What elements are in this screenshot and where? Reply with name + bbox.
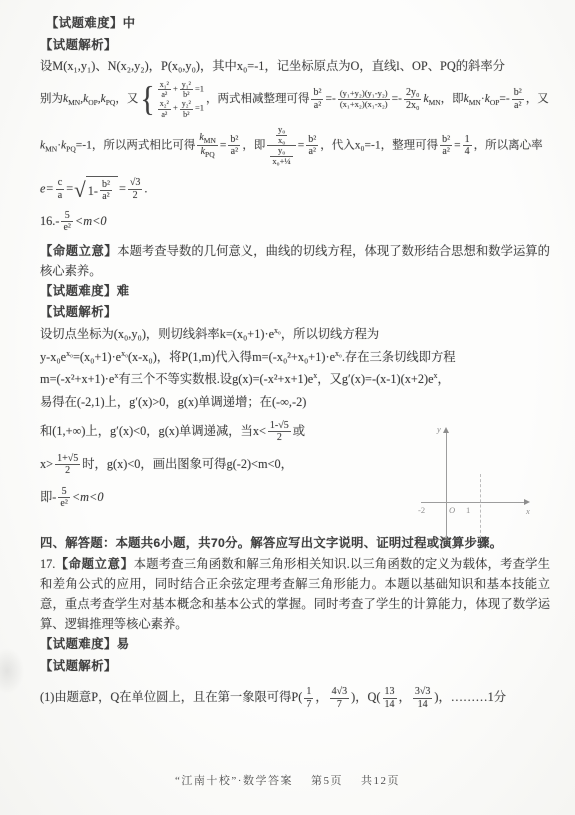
denominator: y₀x₀+¼ (267, 146, 295, 167)
difficulty-tag-q16: 【试题难度】中 (46, 14, 550, 34)
system-row-2: x₂²a²+y₂²b²=1 (156, 99, 204, 118)
intent-paragraph-q16: 【命题立意】本题考查导数的几何意义，曲线的切线方程，体现了数形结合思想和数学运算… (40, 242, 550, 282)
sub-mn: MN (45, 144, 57, 153)
fraction: 5e² (58, 486, 69, 510)
numerator: 1 (304, 686, 313, 699)
numerator: c (56, 177, 64, 190)
sub-pq: PQ (66, 144, 76, 153)
fraction: 3√314 (413, 686, 433, 710)
numerator: 13 (383, 686, 397, 699)
brace-icon: { (140, 84, 154, 115)
numerator: 3√3 (413, 686, 433, 699)
line-part1-solution: (1)由题意P，Q在单位圆上，且在第一象限可得P(17，4√37)，Q(1314… (40, 686, 550, 710)
text: = (298, 139, 305, 151)
text: = (119, 181, 126, 195)
text: 即- (40, 490, 56, 504)
numerator: x₁² (158, 80, 171, 90)
fraction: √32 (128, 177, 143, 201)
numerator: x₂² (158, 99, 171, 109)
denominator: a² (440, 146, 452, 158)
sub-op: OP (88, 98, 98, 107)
numerator: kMN (197, 132, 218, 147)
x-axis-arrow-icon (524, 499, 530, 505)
analysis-tag-q16: 【试题解析】 (40, 36, 550, 56)
fraction: x₁²a² (158, 80, 171, 99)
intent-text: 本题考查导数的几何意义，曲线的切线方程，体现了数形结合思想和数学运算的核心素养。 (40, 244, 550, 278)
text: )，………1分 (434, 690, 506, 704)
text: ，两式相减整理可得 (206, 93, 310, 105)
numerator: y₀ (276, 125, 287, 136)
numerator: √3 (128, 177, 143, 190)
fraction: 1314 (383, 686, 397, 710)
sub-pq: PQ (205, 150, 215, 159)
denominator: 2 (268, 432, 291, 444)
line-tangent-setup: 设切点坐标为(x₀,y₀)，则切线斜率k=(x₀+1)·ex₀，所以切线方程为 (40, 325, 550, 345)
text: 有三个不等实数根.设g(x)=(-x²+x+1)e (118, 372, 313, 386)
numerator: 4√3 (330, 686, 350, 699)
fraction: kMNkPQ (197, 132, 218, 160)
numerator: y₁² (180, 80, 193, 90)
text: = (454, 139, 461, 151)
coordinate-axes-sketch: -2 O 1 x y (412, 424, 544, 558)
question-number: 17. (40, 557, 55, 571)
line-tangent-equation: y-x₀ex₀=(x₀+1)·ex₀(x-x₀)，将P(1,m)代入得m=(-x… (40, 348, 550, 368)
text: ，所以切线方程为 (281, 327, 379, 341)
square-root: √1-b²a² (74, 176, 118, 203)
denominator: kPQ (197, 146, 218, 160)
sub-mn: MN (469, 98, 481, 107)
text: + (173, 103, 178, 113)
numerator: b² (100, 179, 112, 192)
text: e= (40, 181, 54, 195)
y-axis-arrow-icon (443, 427, 449, 433)
text: ，代入x₀=-1，整理可得 (320, 139, 438, 151)
numerator: y₀x₀ (267, 125, 295, 147)
footer-page-number: 第5页 (311, 775, 343, 787)
fraction: 1-√52 (268, 420, 291, 444)
denominator: a² (311, 100, 323, 112)
sub-pq: PQ (106, 98, 116, 107)
text: =1 (195, 84, 204, 94)
denominator: 2 (55, 465, 80, 477)
text: = (220, 139, 227, 151)
text: 1- (88, 184, 98, 198)
line-monotonic-1: 易得在(-2,1)上，g′(x)>0，g(x)单调递增；在(-∞,-2) (40, 393, 550, 413)
fraction: ca (56, 177, 64, 201)
x-tick-label-1: 1 (466, 506, 470, 515)
text: =-1，所以两式相比可得 (76, 139, 196, 151)
fraction: 1+√52 (55, 453, 80, 477)
text: (1)由题意P，Q在单位圆上，且在第一象限可得P( (40, 690, 302, 704)
analysis-tag-q17: 【试题解析】 (40, 657, 550, 677)
footer-title: “江南十校”·数学答案 (175, 775, 293, 787)
line-slope-system: 别为kMN,kOP,kPQ，又{x₁²a²+y₁²b²=1x₂²a²+y₂²b²… (40, 80, 550, 119)
denominator: 4 (463, 146, 472, 158)
denominator: a² (306, 146, 318, 158)
text: ，即 (441, 93, 464, 105)
text: . (144, 181, 147, 195)
text: (x-x₀)，将P(1,m)代入得m=(-x₀²+x₀+1)·e (128, 350, 335, 364)
line-slope-ratio: kMN·kPQ=-1，所以两式相比可得kMNkPQ=b²a²，即y₀x₀y₀x₀… (40, 125, 550, 167)
numerator: 1 (463, 134, 472, 147)
numerator: 1-√5 (268, 420, 291, 433)
fraction: y₀x₀ (276, 125, 287, 146)
denominator: a² (158, 110, 171, 119)
numerator: b² (440, 134, 452, 147)
text: 时，g(x)<0，画出图象可得g(-2)<m<0， (82, 457, 293, 471)
analysis-tag-q16b: 【试题解析】 (40, 303, 550, 323)
denominator: x₀ (276, 136, 287, 146)
scan-smudge (0, 648, 24, 694)
text: <m<0 (72, 490, 104, 504)
denominator: a² (158, 90, 171, 99)
fraction: 2y₀2x₀ (404, 87, 422, 111)
text: <m<0 (75, 214, 107, 228)
fraction: 5e² (61, 210, 72, 234)
radical-icon: √ (74, 180, 86, 201)
fraction: b²a² (440, 134, 452, 158)
text: =- (325, 93, 335, 105)
text: =1 (195, 103, 204, 113)
fraction: b²a² (306, 134, 318, 158)
numerator: 1+√5 (55, 453, 80, 466)
denominator: b² (180, 110, 193, 119)
denominator: e² (61, 222, 72, 234)
denominator: 7 (304, 699, 313, 711)
line-eccentricity: e=ca=√1-b²a²=√32. (40, 176, 550, 203)
dashed-guide-line (480, 474, 481, 538)
line-point-setup: 设M(x₁,y₁)、N(x₂,y₂)，P(x₀,y₀)，其中x₀=-1，记坐标原… (40, 57, 550, 77)
denominator: b² (180, 90, 193, 99)
denominator: 14 (413, 699, 433, 711)
x-axis-label: x (526, 507, 530, 516)
page-footer: “江南十校”·数学答案第5页共12页 (0, 772, 575, 788)
fraction: 4√37 (330, 686, 350, 710)
text: ， (438, 372, 450, 386)
denominator: a² (512, 100, 524, 112)
numerator: b² (512, 87, 524, 100)
text: =- (499, 93, 509, 105)
denominator: 7 (330, 699, 350, 711)
difficulty-tag-q16b: 【试题难度】难 (40, 282, 550, 302)
line-answer-16: 16.-5e²<m<0 (40, 210, 550, 234)
intent-paragraph-q17: 17.【命题立意】本题考查三角函数和解三角形相关知识.以三角函数的定义为载体，考… (40, 555, 550, 635)
sub-mn: MN (68, 98, 80, 107)
intent-tag: 【命题立意】 (40, 244, 117, 258)
sup-x0: x₀ (274, 326, 281, 335)
fraction: y₂²b² (180, 99, 193, 118)
text: 别为 (40, 93, 63, 105)
text: y-x₀e (40, 350, 66, 364)
x-tick-label-neg2: -2 (418, 506, 425, 515)
text: ，所以离心率 (474, 139, 543, 151)
text: ， (315, 690, 327, 704)
text: m=(-x²+x+1)·e (40, 372, 114, 386)
text: x> (40, 457, 53, 471)
numerator: 5 (58, 486, 69, 499)
numerator: 5 (61, 210, 72, 223)
sub-mn: MN (204, 136, 216, 145)
denominator: (x₁+x₂)(x₁-x₂) (338, 100, 390, 110)
numerator: b² (311, 87, 323, 100)
numerator: y₂² (180, 99, 193, 109)
complex-fraction: y₀x₀y₀x₀+¼ (267, 125, 295, 167)
fraction: 17 (304, 686, 313, 710)
scanned-exam-answer-page: 【试题难度】中 【试题解析】 设M(x₁,y₁)、N(x₂,y₂)，P(x₀,y… (0, 0, 575, 815)
y-axis-label: y (437, 425, 441, 434)
denominator: a (56, 190, 64, 202)
denominator: a² (100, 191, 112, 203)
intent-tag: 【命题立意】 (55, 557, 133, 571)
text: = (66, 181, 73, 195)
text: 设切点坐标为(x₀,y₀)，则切线斜率k=(x₀+1)·e (40, 327, 274, 341)
sup-x0: x₀ (66, 349, 73, 358)
denominator: e² (58, 498, 69, 510)
numerator: 2y₀ (404, 87, 422, 100)
sub-mn: MN (429, 98, 441, 107)
denominator: a² (228, 146, 240, 158)
denominator: 2x₀ (404, 100, 422, 112)
sub-op: OP (490, 98, 500, 107)
line-g-function: m=(-x²+x+1)·ex有三个不等实数根.设g(x)=(-x²+x+1)ex… (40, 370, 550, 390)
sup-x0: x₀ (121, 349, 128, 358)
fraction: b²a² (100, 179, 112, 203)
denominator: 14 (383, 699, 397, 711)
text: =(x₀+1)·e (73, 350, 121, 364)
text: ，又 (526, 93, 549, 105)
equation-system: {x₁²a²+y₁²b²=1x₂²a²+y₂²b²=1 (140, 80, 204, 119)
fraction: b²a² (228, 134, 240, 158)
text: )，Q( (351, 690, 380, 704)
text: 16.- (40, 214, 59, 228)
origin-label: O (449, 506, 455, 515)
numerator: b² (228, 134, 240, 147)
fraction: y₀x₀+¼ (270, 146, 292, 167)
text: .存在三条切线即方程 (342, 350, 456, 364)
text: ，即 (242, 139, 265, 151)
text: ，又 (115, 93, 138, 105)
text: ， (399, 690, 411, 704)
system-row-1: x₁²a²+y₁²b²=1 (156, 80, 204, 99)
text: ，又g′(x)=-(x-1)(x+2)e (317, 372, 433, 386)
radicand: 1-b²a² (86, 176, 118, 203)
fraction: b²a² (512, 87, 524, 111)
text: + (173, 84, 178, 94)
fraction: y₁²b² (180, 80, 193, 99)
fraction: 14 (463, 134, 472, 158)
sup-x0: x₀ (335, 349, 342, 358)
y-axis (446, 432, 447, 538)
difficulty-tag-q17: 【试题难度】易 (40, 635, 550, 655)
text: 和(1,+∞)上，g′(x)<0，g(x)单调递减，当x< (40, 424, 266, 438)
fraction: x₂²a² (158, 99, 171, 118)
fraction: b²a² (311, 87, 323, 111)
system-rows: x₁²a²+y₁²b²=1x₂²a²+y₂²b²=1 (156, 80, 204, 119)
page-content: 【试题难度】中 【试题解析】 设M(x₁,y₁)、N(x₂,y₂)，P(x₀,y… (40, 14, 550, 712)
text: =- (392, 93, 402, 105)
text: 或 (293, 424, 305, 438)
x-axis (421, 502, 525, 503)
denominator: x₀+¼ (270, 157, 292, 167)
denominator: 2 (128, 190, 143, 202)
footer-total-pages: 共12页 (361, 775, 400, 787)
fraction: (y₁+y₂)(y₁-y₂)(x₁+x₂)(x₁-x₂) (338, 89, 390, 110)
numerator: b² (306, 134, 318, 147)
